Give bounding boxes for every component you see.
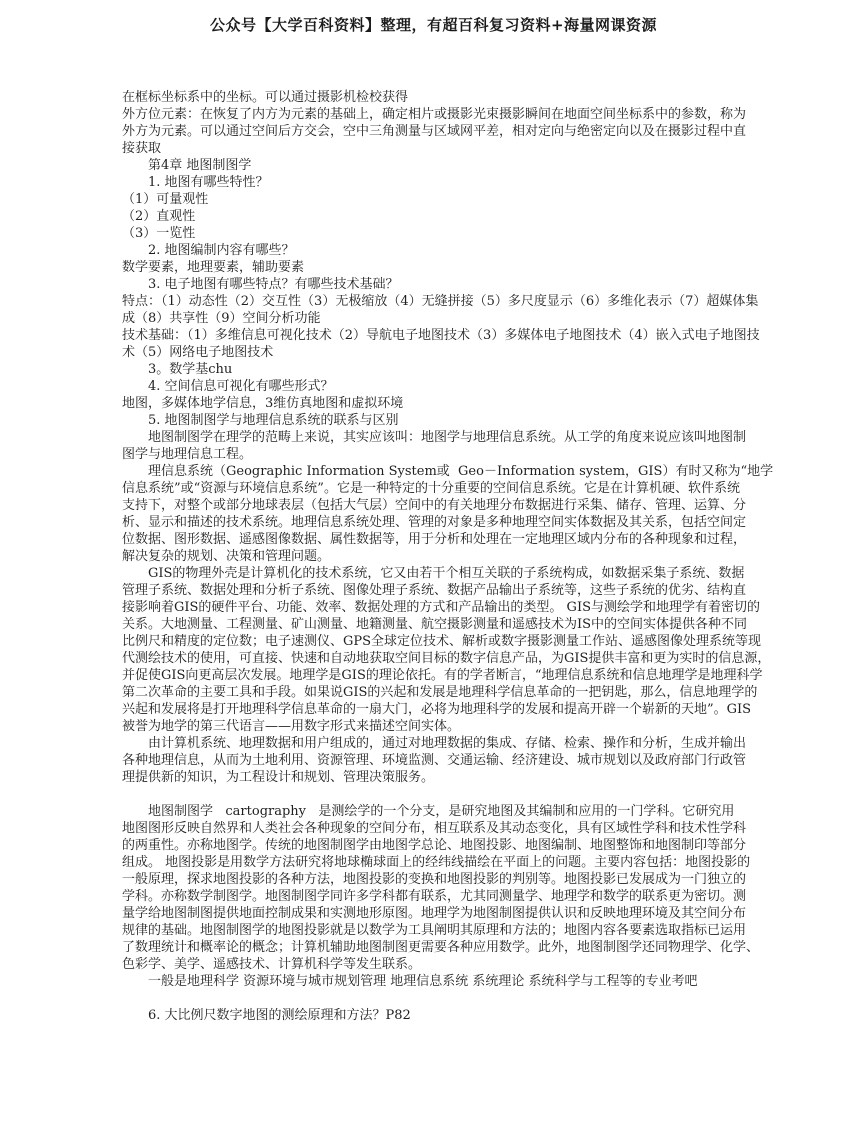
text-line: 解决复杂的规划、决策和管理问题。 (122, 548, 758, 565)
text-line: 关系。大地测量、工程测量、矿山测量、地籍测量、航空摄影测量和遥感技术为IS中的空… (122, 616, 758, 633)
text-line: 组成。 地图投影是用数学方法研究将地球椭球面上的经纬线描绘在平面上的问题。主要内… (122, 854, 758, 871)
text-line: 代测绘技术的使用，可直接、快速和自动地获取空间目标的数字信息产品，为GIS提供丰… (122, 650, 758, 667)
text-line: 1. 地图有哪些特性？ (122, 174, 758, 191)
text-line: 支持下，对整个或部分地球表层（包括大气层）空间中的有关地理分布数据进行采集、储存… (122, 497, 758, 514)
text-line: 外方位元素：在恢复了内方为元素的基础上，确定相片或摄影光束摄影瞬间在地面空间坐标… (122, 106, 758, 123)
text-line: 色彩学、美学、遥感技术、计算机科学等发生联系。 (122, 956, 758, 973)
text-line: 6. 大比例尺数字地图的测绘原理和方法？P82 (122, 1007, 758, 1024)
text-line: 比例尺和精度的定位数；电子速测仪、GPS全球定位技术、解析或数字摄影测量工作站、… (122, 633, 758, 650)
text-line: 规律的基础。地图制图学的地图投影就是以数学为工具阐明其原理和方法的；地图内容各要… (122, 922, 758, 939)
text-line: 各种地理信息，从而为土地利用、资源管理、环境监测、交通运输、经济建设、城市规划以… (122, 752, 758, 769)
document-page: 公众号【大学百科资料】整理，有超百科复习资料+海量网课资源 在框标坐标系中的坐标… (0, 0, 867, 1122)
text-line: 的两重性。亦称地图学。传统的地图制图学由地图学总论、地图投影、地图编制、地图整饰… (122, 837, 758, 854)
text-line: 地图制图学在理学的范畴上来说，其实应该叫：地图学与地理信息系统。从工学的角度来说… (122, 429, 758, 446)
text-line: 地图，多媒体地学信息，3维仿真地图和虚拟环境 (122, 395, 758, 412)
text-line: 一般是地理科学 资源环境与城市规划管理 地理信息系统 系统理论 系统科学与工程等… (122, 973, 758, 990)
text-line: 3. 电子地图有哪些特点？有哪些技术基础？ (122, 276, 758, 293)
text-line: 技术基础：（1）多维信息可视化技术（2）导航电子地图技术（3）多媒体电子地图技术… (122, 327, 758, 344)
text-line: 地图图形反映自然界和人类社会各种现象的空间分布，相互联系及其动态变化，具有区域性… (122, 820, 758, 837)
text-line: 4. 空间信息可视化有哪些形式？ (122, 378, 758, 395)
text-line: 第二次革命的主要工具和手段。如果说GIS的兴起和发展是地理科学信息革命的一把钥匙… (122, 684, 758, 701)
text-line: 析、显示和描述的技术系统。地理信息系统处理、管理的对象是多种地理空间实体数据及其… (122, 514, 758, 531)
blank-line (122, 990, 758, 1007)
text-line: 信息系统”或“资源与环境信息系统”。它是一种特定的十分重要的空间信息系统。它是在… (122, 480, 758, 497)
text-line: 术（5）网络电子地图技术 (122, 344, 758, 361)
text-line: 并促使GIS向更高层次发展。地理学是GIS的理论依托。有的学者断言，“地理信息系… (122, 667, 758, 684)
text-line: 图学与地理信息工程。 (122, 446, 758, 463)
text-line: 在框标坐标系中的坐标。可以通过摄影机检校获得 (122, 89, 758, 106)
text-line: 接影响着GIS的硬件平台、功能、效率、数据处理的方式和产品输出的类型。 GIS与… (122, 599, 758, 616)
text-line: 特点：（1）动态性（2）交互性（3）无极缩放（4）无缝拼接（5）多尺度显示（6）… (122, 293, 758, 310)
text-line: （1）可量观性 (122, 191, 758, 208)
text-line: （3）一览性 (122, 225, 758, 242)
text-line: 接获取 (122, 140, 758, 157)
text-line: 理提供新的知识，为工程设计和规划、管理决策服务。 (122, 769, 758, 786)
text-line: 管理子系统、数据处理和分析子系统、图像处理子系统、数据产品输出子系统等，这些子系… (122, 582, 758, 599)
text-line: （2）直观性 (122, 208, 758, 225)
page-header-banner: 公众号【大学百科资料】整理，有超百科复习资料+海量网课资源 (0, 14, 867, 35)
text-line: 第4章 地图制图学 (122, 157, 758, 174)
text-line: 2. 地图编制内容有哪些？ (122, 242, 758, 259)
text-line: 位数据、图形数据、遥感图像数据、属性数据等，用于分析和处理在一定地理区域内分布的… (122, 531, 758, 548)
text-line: 外方为元素。可以通过空间后方交会，空中三角测量与区域网平差，相对定向与绝密定向以… (122, 123, 758, 140)
text-line: 了数理统计和概率论的概念；计算机辅助地图制图更需要各种应用数学。此外，地图制图学… (122, 939, 758, 956)
text-line: 量学给地图制图提供地面控制成果和实测地形原图。地理学为地图制图提供认识和反映地理… (122, 905, 758, 922)
text-line: 成（8）共享性（9）空间分析功能 (122, 310, 758, 327)
text-line: 3。数学基chu (122, 361, 758, 378)
text-line: 由计算机系统、地理数据和用户组成的，通过对地理数据的集成、存储、检索、操作和分析… (122, 735, 758, 752)
text-line: 5. 地图制图学与地理信息系统的联系与区别 (122, 412, 758, 429)
text-line: 一般原理，探求地图投影的各种方法，地图投影的变换和地图投影的判别等。地图投影已发… (122, 871, 758, 888)
text-line: 学科。亦称数学制图学。地图制图学同许多学科都有联系，尤其同测量学、地理学和数学的… (122, 888, 758, 905)
text-line: 理信息系统（Geographic Information System或 Geo… (122, 463, 758, 480)
document-body: 在框标坐标系中的坐标。可以通过摄影机检校获得外方位元素：在恢复了内方为元素的基础… (122, 89, 758, 1024)
blank-line (122, 786, 758, 803)
text-line: 数学要素，地理要素，辅助要素 (122, 259, 758, 276)
text-line: 兴起和发展将是打开地理科学信息革命的一扇大门，必将为地理科学的发展和提高开辟一个… (122, 701, 758, 718)
text-line: 地图制图学 cartography 是测绘学的一个分支，是研究地图及其编制和应用… (122, 803, 758, 820)
text-line: 被誉为地学的第三代语言——用数字形式来描述空间实体。 (122, 718, 758, 735)
text-line: GIS的物理外壳是计算机化的技术系统，它又由若干个相互关联的子系统构成，如数据采… (122, 565, 758, 582)
